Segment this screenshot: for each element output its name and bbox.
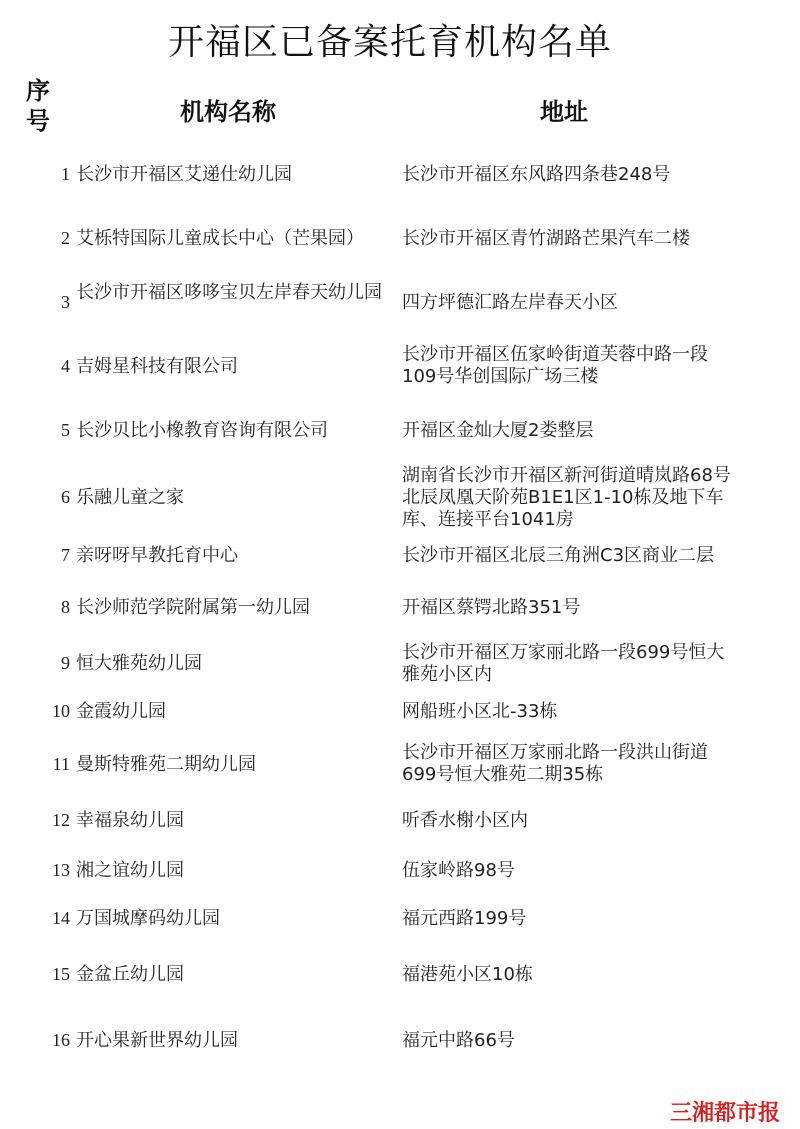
- row-number: 14: [52, 908, 70, 929]
- row-name: 恒大雅苑幼儿园: [76, 653, 396, 675]
- row-name: 开心果新世界幼儿园: [76, 1030, 396, 1052]
- row-number: 13: [52, 860, 70, 881]
- row-address: 长沙市开福区万家丽北路一段洪山街道699号恒大雅苑二期35栋: [402, 742, 742, 786]
- row-number: 2: [61, 228, 70, 249]
- row-name: 亲呀呀早教托育中心: [76, 545, 396, 567]
- row-number: 10: [52, 701, 70, 722]
- row-name: 金霞幼儿园: [76, 701, 396, 723]
- row-address: 伍家岭路98号: [402, 860, 772, 882]
- header-name: 机构名称: [180, 92, 276, 127]
- document-title: 开福区已备案托育机构名单: [0, 14, 800, 65]
- row-name: 长沙市开福区哆哆宝贝左岸春天幼儿园: [76, 282, 386, 304]
- row-address: 听香水榭小区内: [402, 810, 772, 832]
- row-address: 福元中路66号: [402, 1030, 772, 1052]
- row-number: 12: [52, 810, 70, 831]
- row-number: 4: [61, 356, 70, 377]
- row-name: 万国城摩码幼儿园: [76, 908, 396, 930]
- header-seq-line2: 号: [18, 106, 58, 136]
- row-address: 开福区蔡锷北路351号: [402, 597, 772, 619]
- row-name: 吉姆星科技有限公司: [76, 356, 396, 378]
- newspaper-logo: 三湘都市报: [670, 1096, 780, 1127]
- row-number: 16: [52, 1030, 70, 1051]
- row-address: 网船班小区北-33栋: [402, 701, 772, 723]
- row-name: 幸福泉幼儿园: [76, 810, 396, 832]
- header-address: 地址: [540, 92, 588, 127]
- row-address: 开福区金灿大厦2娄整层: [402, 420, 772, 442]
- document-title-text: 开福区已备案托育机构名单: [168, 14, 612, 65]
- row-name: 长沙市开福区艾递仕幼儿园: [76, 164, 396, 186]
- row-name: 曼斯特雅苑二期幼儿园: [76, 754, 396, 776]
- header-seq: 序 号: [18, 76, 58, 136]
- header-seq-line1: 序: [18, 76, 58, 106]
- row-name: 长沙贝比小橡教育咨询有限公司: [76, 420, 396, 442]
- row-name: 长沙师范学院附属第一幼儿园: [76, 597, 396, 619]
- row-number: 1: [61, 164, 70, 185]
- row-address: 福港苑小区10栋: [402, 964, 772, 986]
- row-address: 长沙市开福区北辰三角洲C3区商业二层: [402, 545, 772, 567]
- row-number: 5: [61, 420, 70, 441]
- row-address: 福元西路199号: [402, 908, 772, 930]
- row-number: 11: [53, 754, 70, 775]
- row-number: 15: [52, 964, 70, 985]
- row-address: 长沙市开福区东风路四条巷248号: [402, 164, 772, 186]
- row-number: 3: [61, 292, 70, 313]
- row-name: 金盆丘幼儿园: [76, 964, 396, 986]
- row-name: 乐融儿童之家: [76, 487, 396, 509]
- row-name: 艾栎特国际儿童成长中心（芒果园）: [76, 228, 406, 250]
- row-number: 9: [61, 653, 70, 674]
- row-address: 长沙市开福区伍家岭街道芙蓉中路一段109号华创国际广场三楼: [402, 344, 742, 388]
- row-number: 8: [61, 597, 70, 618]
- row-number: 7: [61, 545, 70, 566]
- row-address: 长沙市开福区青竹湖路芒果汽车二楼: [402, 228, 772, 250]
- row-address: 长沙市开福区万家丽北路一段699号恒大雅苑小区内: [402, 642, 732, 686]
- row-address: 四方坪德汇路左岸春天小区: [402, 292, 772, 314]
- row-number: 6: [61, 487, 70, 508]
- row-name: 湘之谊幼儿园: [76, 860, 396, 882]
- row-address: 湖南省长沙市开福区新河街道晴岚路68号北辰凤凰天阶苑B1E1区1-10栋及地下车…: [402, 465, 742, 531]
